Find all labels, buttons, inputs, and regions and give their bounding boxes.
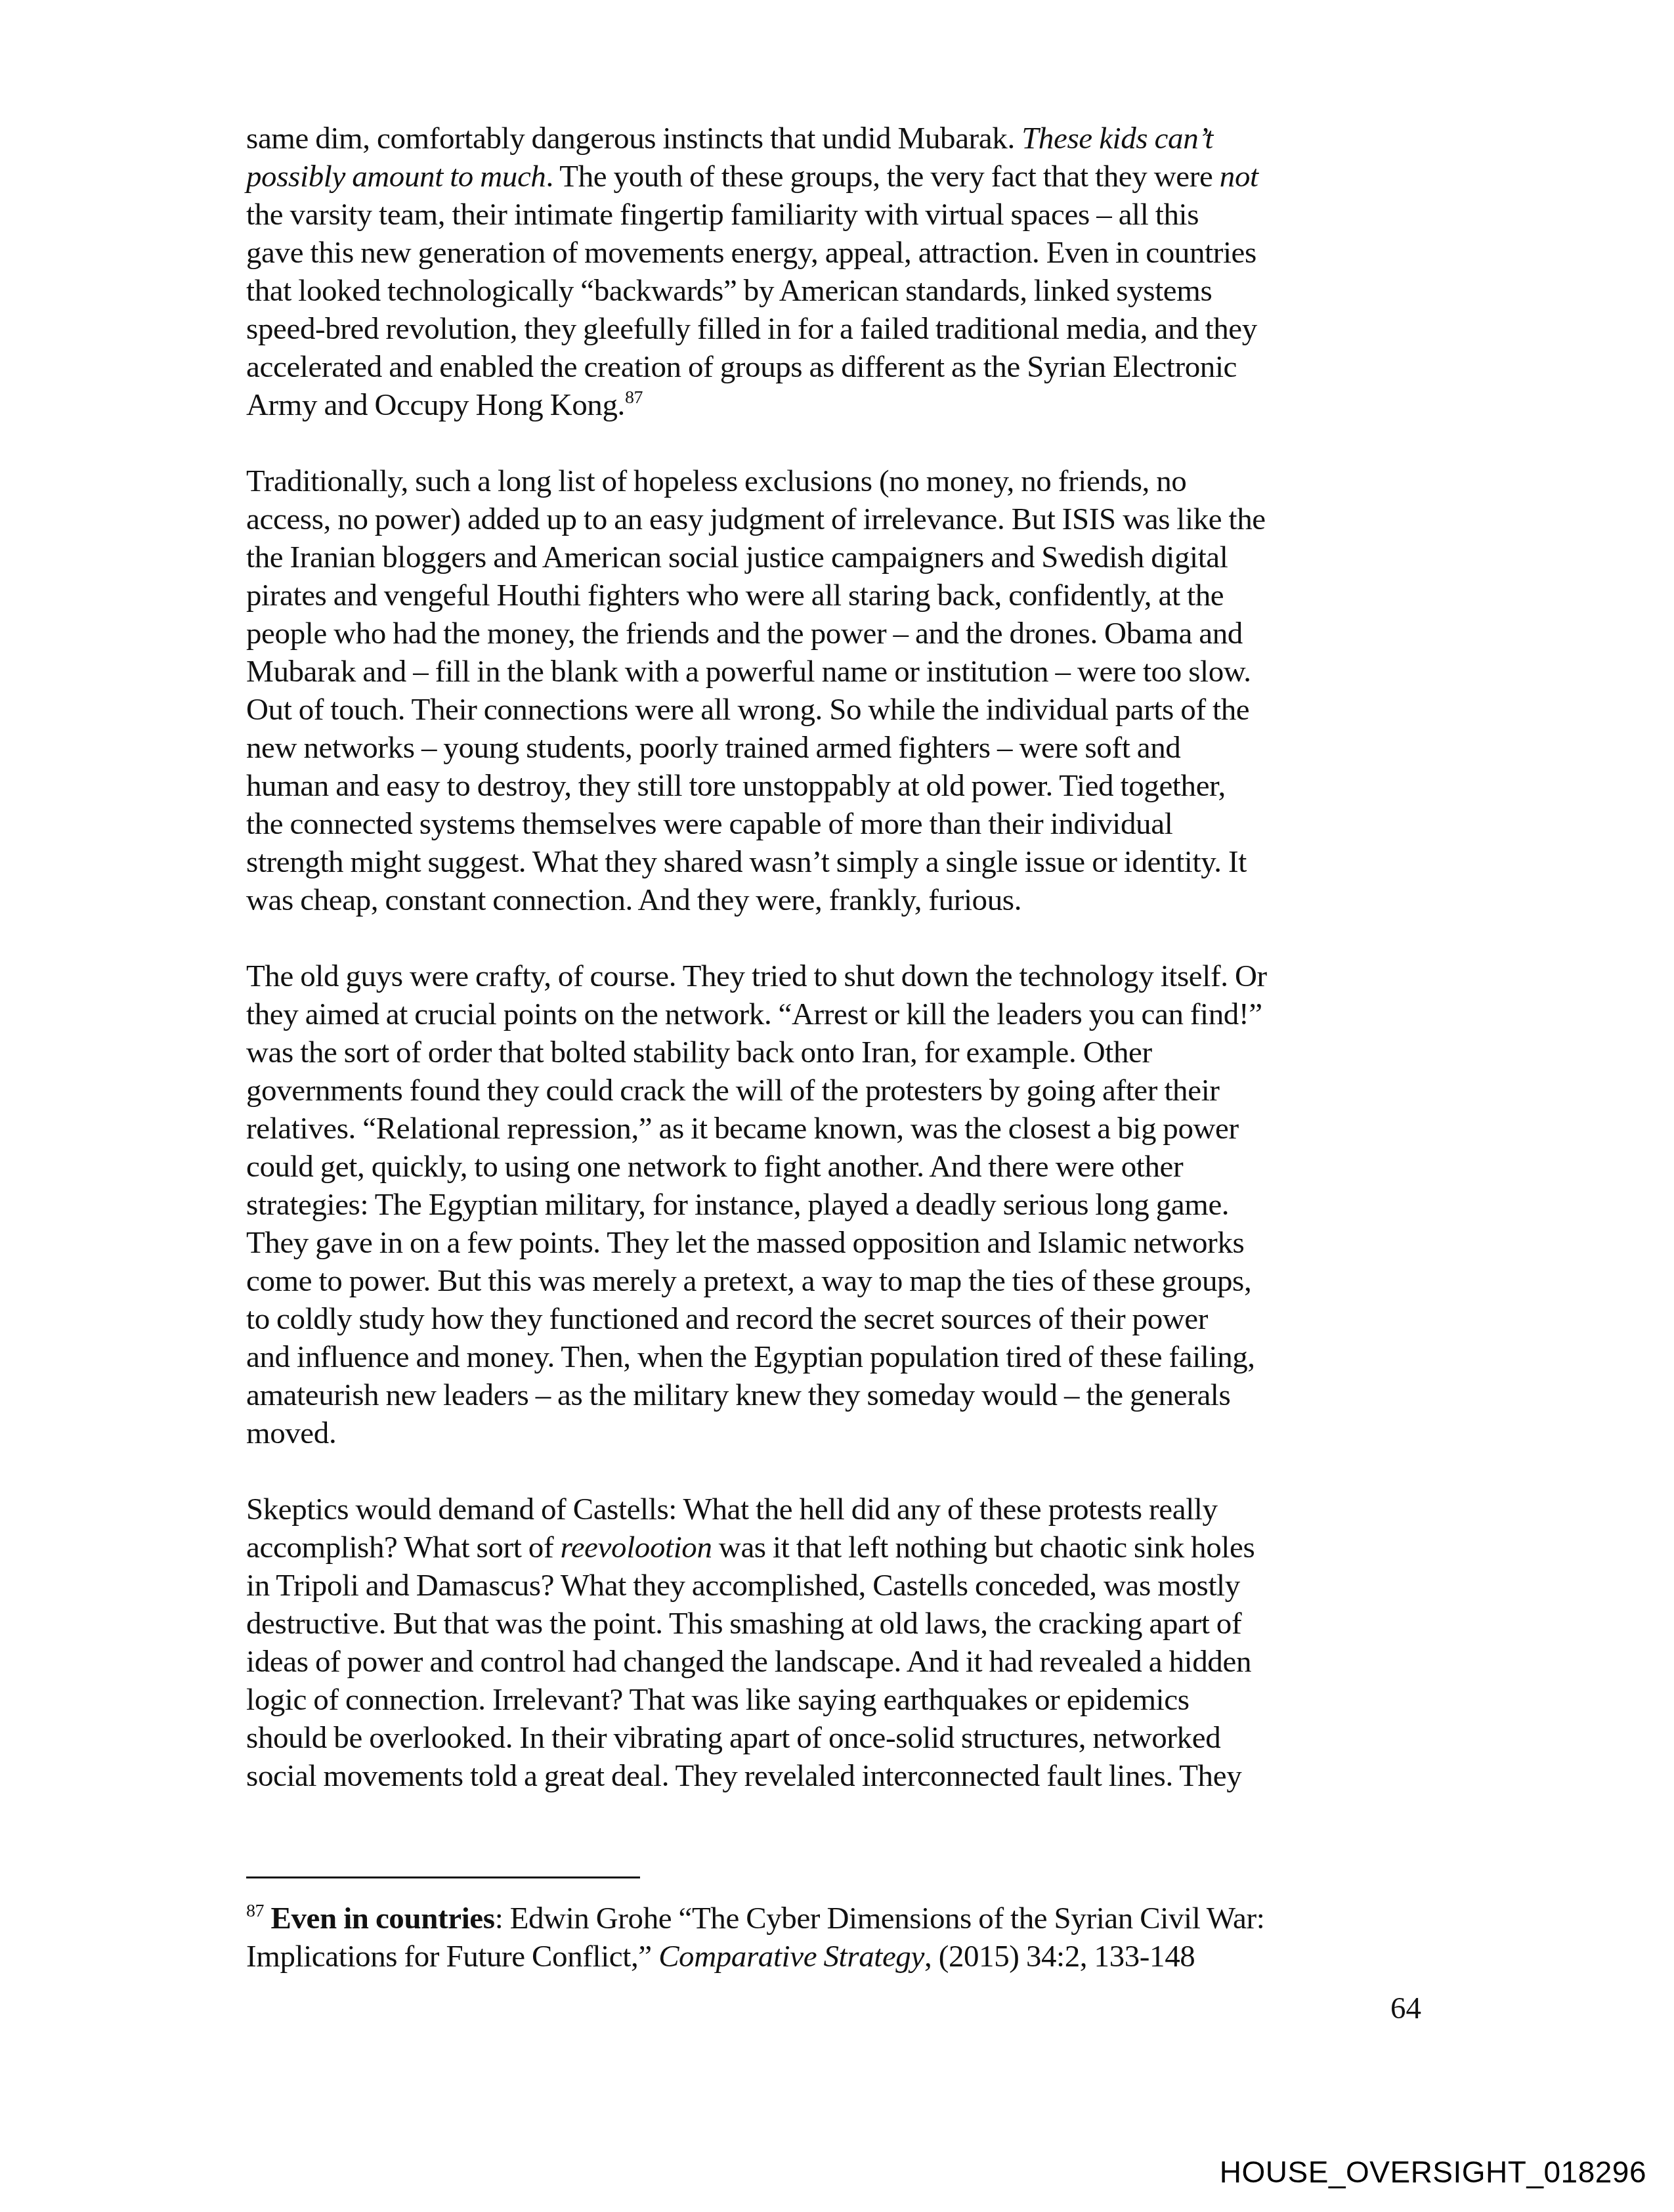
- paragraph: Skeptics would demand of Castells: What …: [246, 1490, 1421, 1795]
- text-line: Out of touch. Their connections were all…: [246, 691, 1421, 729]
- text-segment: was the sort of order that bolted stabil…: [246, 1035, 1152, 1070]
- text-segment: moved.: [246, 1416, 336, 1450]
- footnote-citation-part2: Implications for Future Conflict,”: [246, 1940, 658, 1974]
- text-segment: the Iranian bloggers and American social…: [246, 540, 1228, 575]
- text-line: Skeptics would demand of Castells: What …: [246, 1490, 1421, 1529]
- text-line: people who had the money, the friends an…: [246, 615, 1421, 653]
- text-segment: could get, quickly, to using one network…: [246, 1150, 1183, 1184]
- text-segment: access, no power) added up to an easy ju…: [246, 502, 1266, 536]
- text-line: governments found they could crack the w…: [246, 1072, 1421, 1110]
- text-line: was cheap, constant connection. And they…: [246, 881, 1421, 919]
- text-line: should be overlooked. In their vibrating…: [246, 1719, 1421, 1757]
- text-segment: ideas of power and control had changed t…: [246, 1645, 1251, 1679]
- text-segment: speed-bred revolution, they gleefully fi…: [246, 312, 1257, 346]
- text-line: Army and Occupy Hong Kong.87: [246, 386, 1421, 424]
- footnote-citation-part3: , (2015) 34:2, 133-148: [924, 1940, 1195, 1974]
- footnote-line-2: Implications for Future Conflict,” Compa…: [246, 1938, 1421, 1976]
- italic-text: possibly amount to much: [246, 160, 546, 194]
- italic-text: not: [1220, 160, 1258, 194]
- text-segment: pirates and vengeful Houthi fighters who…: [246, 578, 1224, 613]
- text-line: logic of connection. Irrelevant? That wa…: [246, 1681, 1421, 1719]
- text-segment: same dim, comfortably dangerous instinct…: [246, 121, 1021, 156]
- text-line: ideas of power and control had changed t…: [246, 1643, 1421, 1681]
- text-line: Traditionally, such a long list of hopel…: [246, 462, 1421, 500]
- text-line: strength might suggest. What they shared…: [246, 843, 1421, 881]
- text-segment: Skeptics would demand of Castells: What …: [246, 1492, 1218, 1527]
- text-segment: was cheap, constant connection. And they…: [246, 883, 1021, 917]
- text-line: The old guys were crafty, of course. The…: [246, 957, 1421, 995]
- text-line: destructive. But that was the point. Thi…: [246, 1605, 1421, 1643]
- text-line: possibly amount to much. The youth of th…: [246, 158, 1421, 196]
- text-segment: Traditionally, such a long list of hopel…: [246, 464, 1186, 498]
- page-number: 64: [1352, 1989, 1421, 2028]
- footnote-citation-part1: Edwin Grohe “The Cyber Dimensions of the…: [510, 1901, 1265, 1936]
- text-segment: . The youth of these groups, the very fa…: [546, 160, 1219, 194]
- text-line: moved.: [246, 1414, 1421, 1452]
- text-segment: relatives. “Relational repression,” as i…: [246, 1112, 1239, 1146]
- body-text: same dim, comfortably dangerous instinct…: [246, 119, 1421, 1833]
- text-segment: to coldly study how they functioned and …: [246, 1302, 1208, 1336]
- text-segment: social movements told a great deal. They…: [246, 1759, 1241, 1793]
- text-segment: logic of connection. Irrelevant? That wa…: [246, 1683, 1190, 1717]
- text-segment: Out of touch. Their connections were all…: [246, 693, 1249, 727]
- bates-stamp: HOUSE_OVERSIGHT_018296: [1220, 2154, 1646, 2190]
- text-line: access, no power) added up to an easy ju…: [246, 500, 1421, 538]
- text-line: strategies: The Egyptian military, for i…: [246, 1186, 1421, 1224]
- footnote-journal: Comparative Strategy: [658, 1940, 924, 1974]
- footnote-reference: 87: [625, 387, 643, 408]
- text-line: pirates and vengeful Houthi fighters who…: [246, 576, 1421, 615]
- text-line: accomplish? What sort of reevolootion wa…: [246, 1529, 1421, 1567]
- text-segment: governments found they could crack the w…: [246, 1073, 1220, 1108]
- paragraph: same dim, comfortably dangerous instinct…: [246, 119, 1421, 424]
- text-segment: was it that left nothing but chaotic sin…: [712, 1530, 1255, 1565]
- text-segment: strength might suggest. What they shared…: [246, 845, 1247, 879]
- text-line: they aimed at crucial points on the netw…: [246, 995, 1421, 1033]
- text-segment: the connected systems themselves were ca…: [246, 807, 1172, 841]
- text-line: accelerated and enabled the creation of …: [246, 348, 1421, 386]
- text-segment: come to power. But this was merely a pre…: [246, 1264, 1251, 1298]
- italic-text: These kids can’t: [1021, 121, 1213, 156]
- paragraph: Traditionally, such a long list of hopel…: [246, 462, 1421, 919]
- footnote-colon: :: [495, 1901, 510, 1936]
- footnote-number: 87: [246, 1901, 264, 1921]
- text-line: speed-bred revolution, they gleefully fi…: [246, 310, 1421, 348]
- text-line: and influence and money. Then, when the …: [246, 1338, 1421, 1376]
- text-line: gave this new generation of movements en…: [246, 234, 1421, 272]
- text-segment: people who had the money, the friends an…: [246, 617, 1243, 651]
- text-segment: strategies: The Egyptian military, for i…: [246, 1188, 1229, 1222]
- text-segment: destructive. But that was the point. Thi…: [246, 1607, 1241, 1641]
- text-segment: amateurish new leaders – as the military…: [246, 1378, 1230, 1412]
- text-segment: new networks – young students, poorly tr…: [246, 731, 1180, 765]
- text-line: was the sort of order that bolted stabil…: [246, 1033, 1421, 1072]
- text-line: human and easy to destroy, they still to…: [246, 767, 1421, 805]
- text-segment: The old guys were crafty, of course. The…: [246, 959, 1267, 993]
- footnote-lead: Even in countries: [271, 1901, 495, 1936]
- text-line: the varsity team, their intimate fingert…: [246, 196, 1421, 234]
- text-segment: accelerated and enabled the creation of …: [246, 350, 1237, 384]
- text-segment: the varsity team, their intimate fingert…: [246, 198, 1199, 232]
- text-line: same dim, comfortably dangerous instinct…: [246, 119, 1421, 158]
- text-segment: in Tripoli and Damascus? What they accom…: [246, 1569, 1240, 1603]
- footnote-87: 87 Even in countries: Edwin Grohe “The C…: [246, 1899, 1421, 1976]
- text-segment: gave this new generation of movements en…: [246, 236, 1256, 270]
- text-line: could get, quickly, to using one network…: [246, 1148, 1421, 1186]
- italic-text: reevolootion: [561, 1530, 712, 1565]
- text-segment: accomplish? What sort of: [246, 1530, 561, 1565]
- text-segment: They gave in on a few points. They let t…: [246, 1226, 1244, 1260]
- text-line: social movements told a great deal. They…: [246, 1757, 1421, 1795]
- footnote-separator: [246, 1876, 640, 1878]
- text-segment: and influence and money. Then, when the …: [246, 1340, 1255, 1374]
- text-line: Mubarak and – fill in the blank with a p…: [246, 653, 1421, 691]
- text-segment: human and easy to destroy, they still to…: [246, 769, 1226, 803]
- text-line: that looked technologically “backwards” …: [246, 272, 1421, 310]
- text-line: the connected systems themselves were ca…: [246, 805, 1421, 843]
- text-segment: that looked technologically “backwards” …: [246, 274, 1212, 308]
- text-segment: should be overlooked. In their vibrating…: [246, 1721, 1220, 1755]
- text-line: They gave in on a few points. They let t…: [246, 1224, 1421, 1262]
- text-line: to coldly study how they functioned and …: [246, 1300, 1421, 1338]
- footnote-line-1: 87 Even in countries: Edwin Grohe “The C…: [246, 1899, 1421, 1938]
- document-page: same dim, comfortably dangerous instinct…: [0, 0, 1674, 2212]
- text-segment: Army and Occupy Hong Kong.: [246, 388, 625, 422]
- paragraph: The old guys were crafty, of course. The…: [246, 957, 1421, 1452]
- text-line: the Iranian bloggers and American social…: [246, 538, 1421, 576]
- text-line: in Tripoli and Damascus? What they accom…: [246, 1567, 1421, 1605]
- text-segment: they aimed at crucial points on the netw…: [246, 997, 1262, 1031]
- text-line: amateurish new leaders – as the military…: [246, 1376, 1421, 1414]
- text-segment: Mubarak and – fill in the blank with a p…: [246, 655, 1251, 689]
- text-line: new networks – young students, poorly tr…: [246, 729, 1421, 767]
- text-line: come to power. But this was merely a pre…: [246, 1262, 1421, 1300]
- text-line: relatives. “Relational repression,” as i…: [246, 1110, 1421, 1148]
